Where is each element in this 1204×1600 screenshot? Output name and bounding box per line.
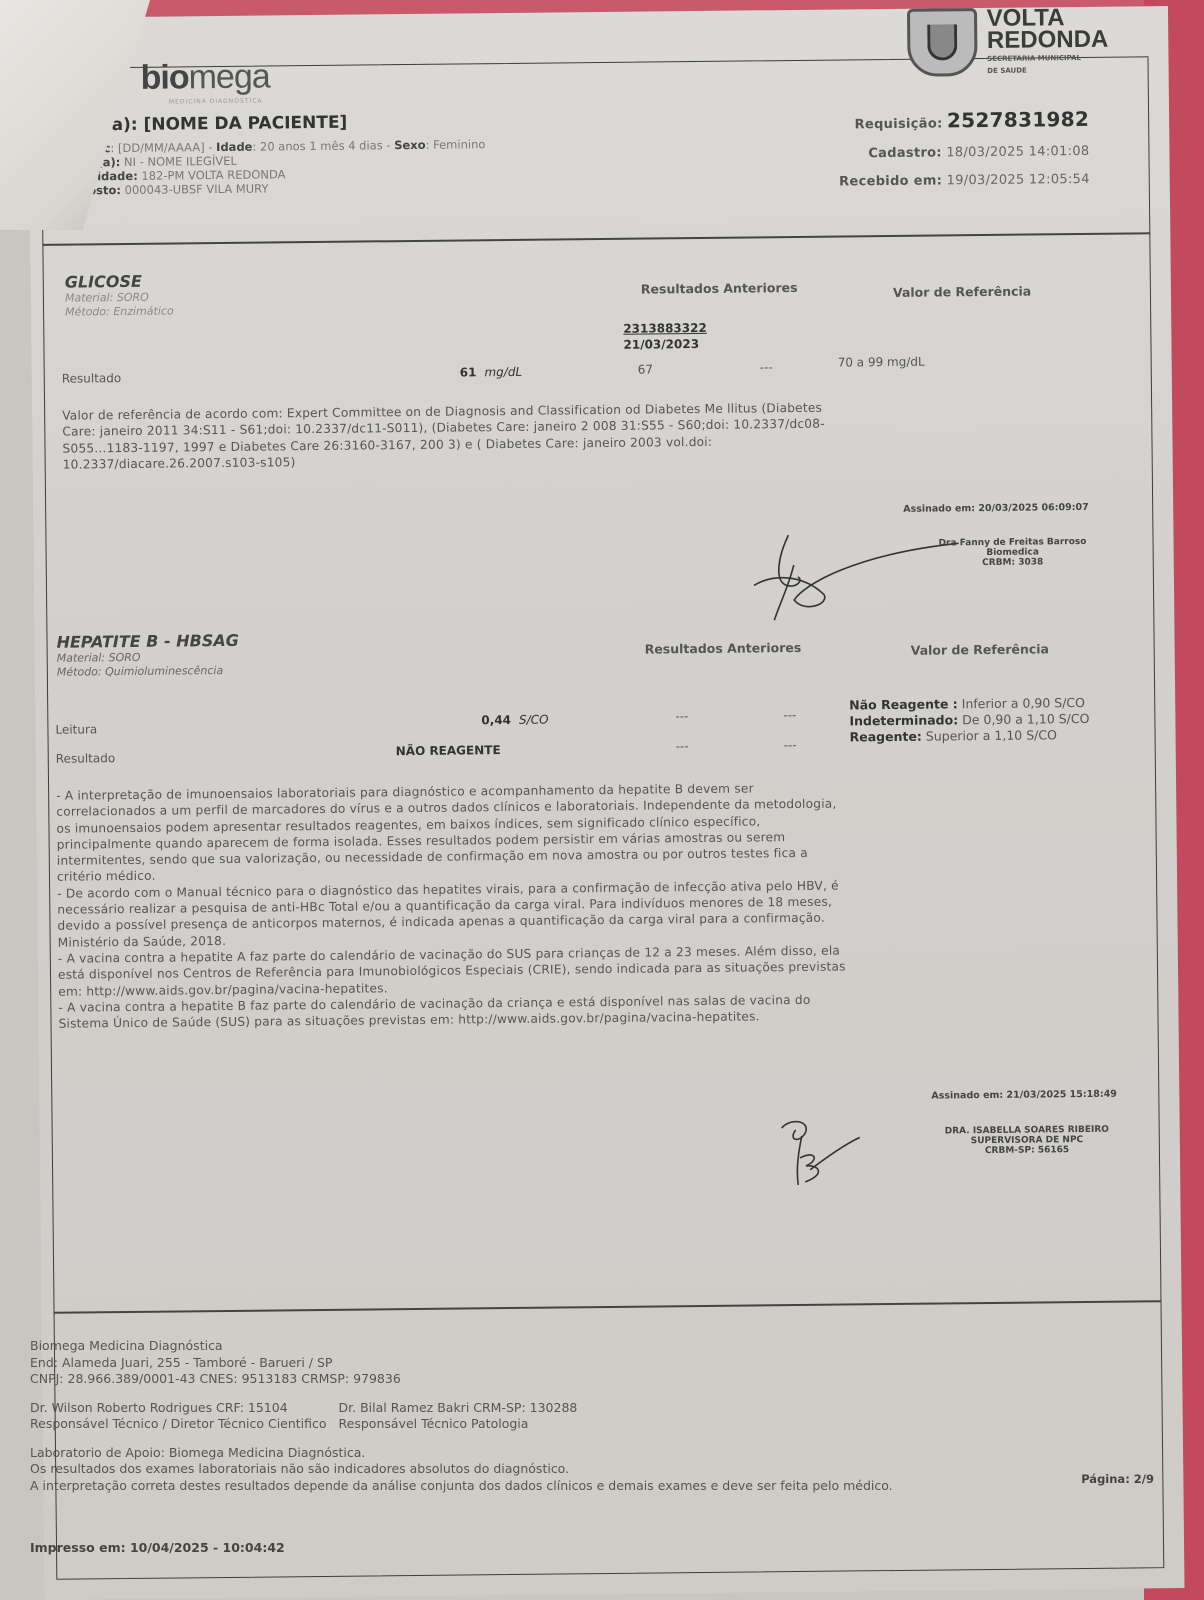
patient-name: [NOME DA PACIENTE]: [143, 113, 347, 135]
glicose-title: GLICOSE: [65, 271, 174, 291]
printed-at: Impresso em: 10/04/2025 - 10:04:42: [30, 1540, 285, 1555]
glicose-signed-at: Assinado em: 20/03/2025 06:09:07: [903, 502, 1089, 515]
request-meta: Requisição: 2527831982 Cadastro: 18/03/2…: [838, 107, 1090, 203]
footer-doctor-2: Dr. Bilal Ramez Bakri CRM-SP: 130288: [339, 1400, 578, 1417]
municipal-title-2: REDONDA: [987, 29, 1109, 52]
glicose-previous-date: 21/03/2023: [623, 337, 699, 352]
footer-doctor-2-role: Responsável Técnico Patologia: [339, 1416, 578, 1433]
hbsag-result-prev-2: ---: [784, 738, 797, 752]
hbsag-title: HEPATITE B - HBSAG: [56, 631, 239, 652]
registration-date: Cadastro: 18/03/2025 14:01:08: [839, 144, 1090, 162]
glicose-material: Material: SORO: [65, 290, 174, 305]
volta-redonda-logo: VOLTA REDONDA SECRETARIA MUNICIPAL DE SA…: [907, 7, 1109, 77]
footer-doctor-1: Dr. Wilson Roberto Rodrigues CRF: 15104: [30, 1400, 327, 1417]
glicose-heading: GLICOSE Material: SORO Método: Enzimátic…: [65, 271, 174, 319]
footer-disclaimer-2: A interpretação correta destes resultado…: [30, 1478, 893, 1495]
requisition-number: Requisição: 2527831982: [838, 107, 1089, 134]
signature-fanny-icon: [733, 523, 964, 625]
biomega-logo: biomega: [140, 57, 269, 97]
hbsag-reading-prev-2: ---: [783, 708, 796, 722]
hbsag-result-value: NÃO REAGENTE: [396, 743, 501, 758]
received-date: Recebido em: 19/03/2025 12:05:54: [839, 172, 1090, 190]
hbsag-reading-label: Leitura: [55, 722, 97, 736]
hbsag-reference-ranges: Não Reagente : Inferior a 0,90 S/CO Inde…: [849, 694, 1139, 745]
lab-footer: Biomega Medicina Diagnóstica End: Alamed…: [30, 1338, 893, 1494]
hbsag-signer: DRA. ISABELLA SOARES RIBEIRO SUPERVISORA…: [945, 1125, 1110, 1157]
hbsag-reference-header: Valor de Referência: [911, 641, 1049, 657]
footer-registrations: CNPJ: 28.966.389/0001-43 CNES: 9513183 C…: [30, 1371, 893, 1388]
glicose-previous-requisition: 2313883322: [623, 321, 707, 336]
footer-address: End: Alameda Juari, 255 - Tamboré - Baru…: [30, 1355, 893, 1372]
hbsag-reading-prev-1: ---: [675, 709, 688, 723]
hbsag-result-label: Resultado: [56, 751, 116, 766]
glicose-reference-header: Valor de Referência: [893, 284, 1031, 300]
hbsag-signed-at: Assinado em: 21/03/2025 15:18:49: [931, 1089, 1117, 1102]
footer-doctor-1-role: Responsável Técnico / Diretor Técnico Ci…: [30, 1416, 327, 1433]
signature-isabella-icon: [769, 1109, 870, 1190]
municipal-subtitle-2: DE SAUDE: [987, 66, 1108, 76]
glicose-result-value: 61mg/dL: [460, 365, 523, 380]
glicose-previous-results-header: Resultados Anteriores: [641, 280, 798, 297]
glicose-previous-value-2: ---: [760, 360, 773, 374]
footer-lab-name: Biomega Medicina Diagnóstica: [30, 1338, 893, 1355]
page-number: Página: 2/9: [1081, 1472, 1154, 1486]
footer-support-lab: Laboratorio de Apoio: Biomega Medicina D…: [30, 1445, 893, 1462]
glicose-result-label: Resultado: [62, 371, 122, 386]
footer-disclaimer-1: Os resultados dos exames laboratoriais n…: [30, 1461, 893, 1478]
hbsag-heading: HEPATITE B - HBSAG Material: SORO Método…: [56, 631, 239, 680]
glicose-signer: Dra Fanny de Freitas Barroso Biomedica C…: [939, 537, 1087, 569]
city-crest-icon: [907, 8, 978, 77]
glicose-method: Método: Enzimático: [65, 304, 174, 319]
patient-info: Sr.(a): [NOME DA PACIENTE] Nasc: [DD/MM/…: [79, 111, 486, 197]
glicose-previous-value: 67: [638, 362, 653, 376]
glicose-reference-value: 70 a 99 mg/dL: [838, 355, 925, 370]
municipal-subtitle-1: SECRETARIA MUNICIPAL: [987, 54, 1108, 64]
hbsag-previous-results-header: Resultados Anteriores: [645, 640, 802, 657]
hbsag-result-prev-1: ---: [676, 739, 689, 753]
patient-name-line: Sr.(a): [NOME DA PACIENTE]: [79, 111, 485, 135]
glicose-reference-note: Valor de referência de acordo com: Exper…: [62, 400, 833, 473]
biomega-logo-tagline: MEDICINA DIAGNÓSTICA: [169, 98, 263, 106]
hbsag-notes: - A interpretação de imunoensaios labora…: [56, 779, 849, 1032]
hbsag-method: Método: Quimioluminescência: [57, 664, 239, 680]
hbsag-reading-value: 0,44S/CO: [481, 713, 548, 728]
